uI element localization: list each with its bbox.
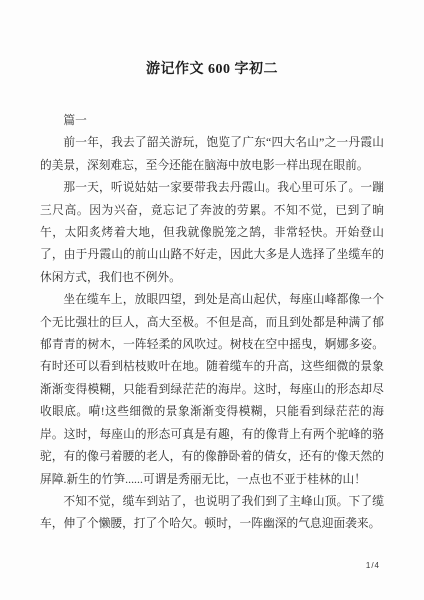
section-label: 篇一 xyxy=(40,110,384,132)
paragraph: 坐在缆车上，放眼四望，到处是高山起伏，每座山峰都像一个个无比强壮的巨人，高大至极… xyxy=(40,289,384,491)
essay-body: 篇一 前一年，我去了韶关游玩，饱览了广东“四大名山”之一丹霞山的美景，深刻难忘，… xyxy=(40,110,384,536)
document-title: 游记作文 600 字初二 xyxy=(40,58,384,78)
page-number: 1/4 xyxy=(366,561,380,570)
paragraph: 那一天，听说姑姑一家要带我去丹霞山。我心里可乐了。一蹦三尺高。因为兴奋，竟忘记了… xyxy=(40,177,384,289)
paragraph: 前一年，我去了韶关游玩，饱览了广东“四大名山”之一丹霞山的美景，深刻难忘，至今还… xyxy=(40,132,384,177)
paragraph: 不知不觉，缆车到站了，也说明了我们到了主峰山顶。下了缆车，伸了个懒腰，打了个哈欠… xyxy=(40,491,384,536)
page-content: 游记作文 600 字初二 篇一 前一年，我去了韶关游玩，饱览了广东“四大名山”之… xyxy=(0,0,424,536)
document-page: 游记作文 600 字初二 篇一 前一年，我去了韶关游玩，饱览了广东“四大名山”之… xyxy=(0,0,424,600)
